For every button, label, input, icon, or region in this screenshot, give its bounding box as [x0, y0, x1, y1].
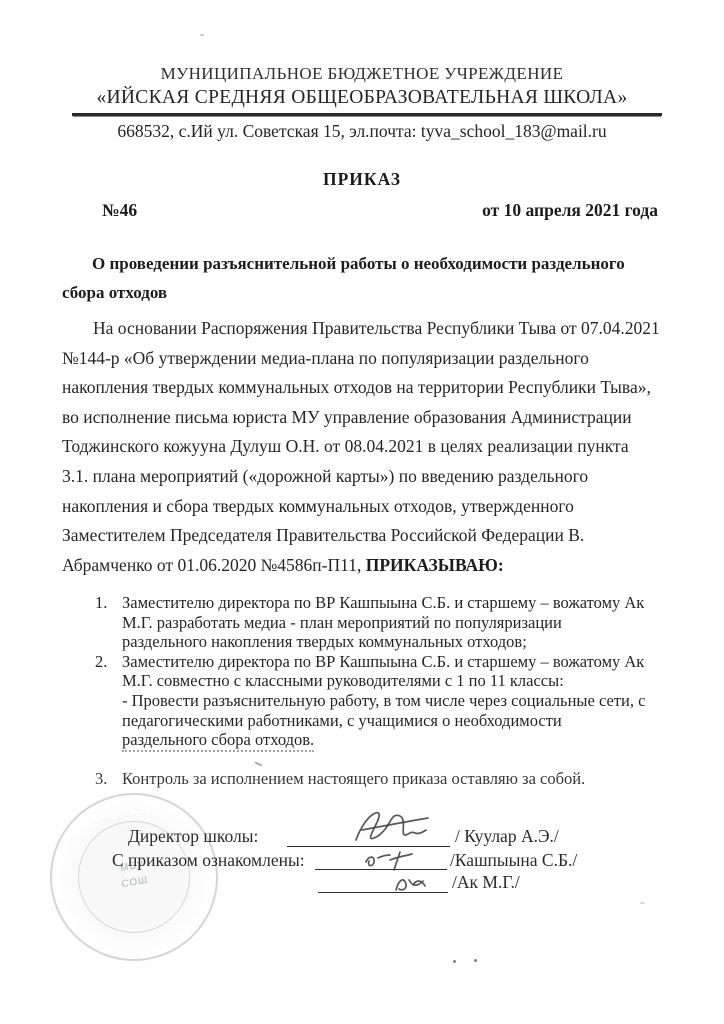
order-keyword: ПРИКАЗЫВАЮ: — [366, 555, 504, 575]
list-gap — [95, 750, 685, 769]
preamble-line: Заместителем Председателя Правительства … — [62, 521, 702, 551]
item-text: раздельного сбора отходов. — [95, 730, 685, 750]
scanned-order-document: МУНИЦИПАЛЬНОЕ БЮДЖЕТНОЕ УЧРЕЖДЕНИЕ «ИЙСК… — [0, 0, 724, 1024]
acknowledged-signature-2 — [392, 874, 428, 894]
organization-name: «ИЙСКАЯ СРЕДНЯЯ ОБЩЕОБРАЗОВАТЕЛЬНАЯ ШКОЛ… — [0, 87, 724, 109]
order-date: от 10 апреля 2021 года — [482, 200, 658, 221]
acknowledged-name-1: /Кашпыына С.Б./ — [450, 850, 577, 871]
item-text: М.Г. совместно с классными руководителям… — [95, 671, 685, 691]
preamble-line: На основании Распоряжения Правительства … — [62, 314, 702, 344]
underlined-text: раздельного сбора отходов. — [122, 730, 314, 752]
item-text: - Провести разъяснительную работу, в том… — [95, 691, 685, 711]
preamble-line: накопления твердых коммунальных отходов … — [62, 373, 702, 403]
preamble-line: №144-р «Об утверждении медиа-плана по по… — [62, 344, 702, 374]
preamble-line: 3.1. плана мероприятий («дорожной карты»… — [62, 462, 702, 492]
organization-address: 668532, с.Ий ул. Советская 15, эл.почта:… — [0, 121, 724, 142]
item-text: педагогическими работниками, с учащимися… — [95, 711, 685, 731]
acknowledged-label: С приказом ознакомлены: — [112, 850, 305, 871]
item-text: М.Г. разработать медиа - план мероприяти… — [95, 613, 685, 633]
preamble-line: Тоджинского кожууна Дулуш О.Н. от 08.04.… — [62, 432, 702, 462]
order-preamble: На основании Распоряжения Правительства … — [62, 314, 702, 580]
order-subject: О проведении разъяснительной работы о не… — [92, 254, 625, 274]
director-name: / Куулар А.Э./ — [455, 826, 559, 847]
directives-list: 1.Заместителю директора по ВР Кашпыына С… — [95, 593, 685, 788]
scan-speck — [640, 902, 645, 904]
item-text: Заместителю директора по ВР Кашпыына С.Б… — [122, 593, 644, 612]
preamble-line: во исполнение письма юриста МУ управлени… — [62, 403, 702, 433]
order-title: ПРИКАЗ — [0, 169, 724, 190]
preamble-line: накопления и сбора твердых коммунальных … — [62, 492, 702, 522]
organization-type: МУНИЦИПАЛЬНОЕ БЮДЖЕТНОЕ УЧРЕЖДЕНИЕ — [0, 64, 724, 84]
director-label: Директор школы: — [128, 826, 258, 847]
list-item: 2.Заместителю директора по ВР Кашпыына С… — [95, 652, 685, 750]
acknowledged-signature-1 — [360, 848, 420, 874]
preamble-final-text: Абрамченко от 01.06.2020 №4586п-П11, — [62, 555, 366, 575]
item-number: 3. — [95, 769, 122, 789]
school-round-stamp: · · · · · · · · МБУ СОШ — [37, 780, 232, 975]
scan-speck — [453, 960, 456, 963]
order-subject-continued: сбора отходов — [62, 283, 167, 303]
item-text: раздельного накопления твердых коммуналь… — [95, 632, 685, 652]
order-number: №46 — [102, 200, 137, 221]
director-signature — [350, 804, 430, 848]
acknowledged-name-2: /Ак М.Г./ — [452, 872, 520, 893]
item-number: 2. — [95, 652, 122, 672]
signature-line — [318, 892, 448, 893]
list-item: 3.Контроль за исполнением настоящего при… — [95, 769, 685, 789]
scan-speck — [200, 34, 204, 36]
preamble-final-line: Абрамченко от 01.06.2020 №4586п-П11, ПРИ… — [62, 551, 702, 581]
item-text: Заместителю директора по ВР Кашпыына С.Б… — [122, 652, 644, 671]
item-text: Контроль за исполнением настоящего прика… — [122, 769, 585, 788]
letterhead-divider — [72, 113, 662, 116]
item-number: 1. — [95, 593, 122, 613]
list-item: 1.Заместителю директора по ВР Кашпыына С… — [95, 593, 685, 652]
scan-speck — [474, 959, 477, 962]
